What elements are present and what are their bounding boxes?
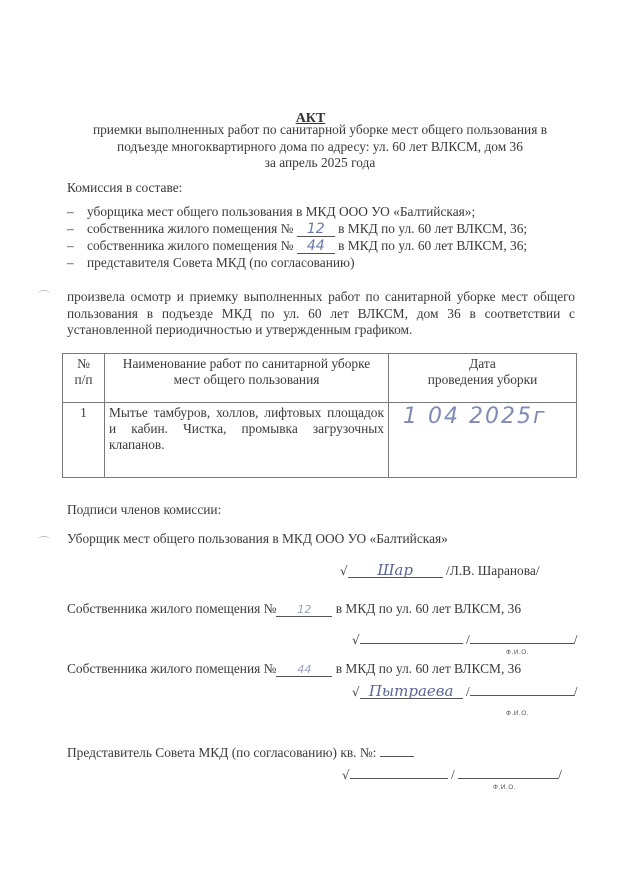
- inspection-paragraph: произвела осмотр и приемку выполненных р…: [67, 289, 575, 339]
- scan-artifact: [38, 536, 50, 543]
- handwritten-number: 12: [307, 221, 325, 237]
- owner1-prefix: Собственника жилого помещения №: [67, 601, 276, 616]
- owner2-suffix: в МКД по ул. 60 лет ВЛКСМ, 36: [336, 661, 521, 676]
- cell-number: 1: [63, 403, 105, 478]
- header-date: Дата проведения уборки: [389, 354, 577, 403]
- owner2-prefix: Собственника жилого помещения №: [67, 661, 276, 676]
- member-item: – собственника жилого помещения № 44 в М…: [67, 237, 527, 254]
- representative-label: Представитель Совета МКД (по согласовани…: [67, 745, 376, 760]
- apartment-number-field[interactable]: 12: [297, 222, 335, 237]
- owner1-suffix: в МКД по ул. 60 лет ВЛКСМ, 36: [336, 601, 521, 616]
- owner1-apartment-field[interactable]: 12: [276, 602, 332, 617]
- table-row: 1 Мытье тамбуров, холлов, лифтовых площа…: [63, 403, 577, 478]
- member-item: – уборщика мест общего пользования в МКД…: [67, 203, 527, 220]
- header-line: проведения уборки: [393, 372, 572, 388]
- slash: /: [466, 684, 470, 699]
- header-work-name: Наименование работ по санитарной уборке …: [105, 354, 389, 403]
- slash: /: [574, 684, 578, 699]
- slash: /: [451, 767, 455, 782]
- handwritten-signature: Шар: [377, 561, 413, 579]
- member-item: – собственника жилого помещения № 12 в М…: [67, 220, 527, 237]
- slash: /: [574, 632, 578, 647]
- fio-caption: Ф.И.О.: [493, 784, 516, 791]
- commission-label: Комиссия в составе:: [67, 180, 182, 196]
- check-mark-icon: √: [352, 685, 360, 699]
- header-number: № п/п: [63, 354, 105, 403]
- member-suffix: в МКД по ул. 60 лет ВЛКСМ, 36;: [338, 238, 527, 253]
- apartment-number-field[interactable]: 44: [297, 239, 335, 254]
- cleaner-label: Уборщик мест общего пользования в МКД ОО…: [67, 531, 448, 547]
- subtitle-line: за апрель 2025 года: [62, 155, 578, 172]
- representative-apartment-field[interactable]: [380, 756, 414, 757]
- subtitle-line: приемки выполненных работ по санитарной …: [62, 122, 578, 139]
- owner2-line: Собственника жилого помещения №44 в МКД …: [67, 661, 521, 677]
- dash-bullet: –: [67, 203, 74, 220]
- header-line: Дата: [393, 356, 572, 372]
- owner2-signature-line: √Пытраева //: [352, 684, 577, 700]
- owner1-signature-field[interactable]: [360, 643, 463, 644]
- member-text: уборщика мест общего пользования в МКД О…: [87, 204, 475, 219]
- slash: /: [558, 767, 562, 782]
- handwritten-signature: Пытраева: [369, 682, 454, 700]
- slash: /: [466, 632, 470, 647]
- commission-members-list: – уборщика мест общего пользования в МКД…: [67, 203, 527, 271]
- owner2-signature-field[interactable]: Пытраева: [360, 685, 463, 699]
- member-prefix: собственника жилого помещения №: [87, 221, 293, 236]
- header-line: мест общего пользования: [109, 372, 384, 388]
- works-table: № п/п Наименование работ по санитарной у…: [62, 353, 577, 478]
- header-line: Наименование работ по санитарной уборке: [109, 356, 384, 372]
- signatures-title: Подписи членов комиссии:: [67, 502, 221, 518]
- representative-signature-field[interactable]: [350, 778, 448, 779]
- cleaner-name: /Л.В. Шаранова/: [446, 563, 540, 578]
- fio-caption: Ф.И.О.: [506, 649, 529, 656]
- representative-signature-line: √ / /: [342, 767, 562, 783]
- cell-date[interactable]: 1 04 2025г: [389, 403, 577, 478]
- owner1-signature-line: √ //: [352, 632, 577, 648]
- dash-bullet: –: [67, 237, 74, 254]
- check-mark-icon: √: [340, 564, 348, 578]
- fio-caption: Ф.И.О.: [506, 710, 529, 717]
- representative-fio-field[interactable]: [458, 778, 558, 779]
- representative-line: Представитель Совета МКД (по согласовани…: [67, 745, 414, 761]
- cleaner-signature-field[interactable]: Шар: [348, 564, 443, 578]
- member-suffix: в МКД по ул. 60 лет ВЛКСМ, 36;: [338, 221, 527, 236]
- member-prefix: собственника жилого помещения №: [87, 238, 293, 253]
- table-header-row: № п/п Наименование работ по санитарной у…: [63, 354, 577, 403]
- check-mark-icon: √: [352, 633, 360, 647]
- cleaner-signature-line: √Шар /Л.В. Шаранова/: [340, 563, 540, 579]
- dash-bullet: –: [67, 220, 74, 237]
- scan-artifact: [38, 290, 50, 297]
- header-line: п/п: [67, 372, 100, 388]
- dash-bullet: –: [67, 254, 74, 271]
- check-mark-icon: √: [342, 768, 350, 782]
- cell-work-name: Мытье тамбуров, холлов, лифтовых площадо…: [105, 403, 389, 478]
- handwritten-number: 44: [307, 238, 325, 254]
- owner2-fio-field[interactable]: [470, 695, 574, 696]
- owner1-fio-field[interactable]: [470, 643, 574, 644]
- header-line: №: [67, 356, 100, 372]
- owner2-apartment-field[interactable]: 44: [276, 662, 332, 677]
- member-text: представителя Совета МКД (по согласовани…: [87, 255, 355, 270]
- subtitle-line: подъезде многоквартирного дома по адресу…: [62, 139, 578, 156]
- member-item: – представителя Совета МКД (по согласова…: [67, 254, 527, 271]
- handwritten-number: 12: [297, 603, 311, 616]
- owner1-line: Собственника жилого помещения №12 в МКД …: [67, 601, 521, 617]
- handwritten-number: 44: [297, 663, 311, 676]
- handwritten-date: 1 04 2025г: [393, 405, 572, 425]
- document-subtitle: приемки выполненных работ по санитарной …: [62, 122, 578, 172]
